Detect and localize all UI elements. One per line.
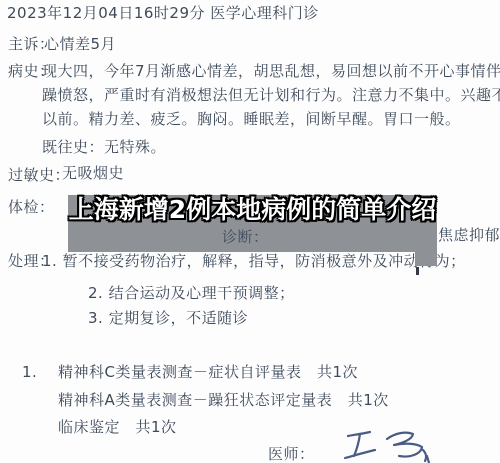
- allergy-value: 无吸烟史: [62, 164, 124, 182]
- chief-complaint-value: 心情差5月: [44, 35, 116, 53]
- record-header-datetime-clinic: 2023年12月04日16时29分 医学心理科门诊: [7, 4, 319, 22]
- past-history-line: 既往史：无特殊。: [42, 138, 166, 156]
- physician-signature: [340, 424, 440, 463]
- physician-signature-drawing: [340, 424, 440, 463]
- order-item-2: 精神科A类量表测查－躁狂状态评定量表 共1次: [58, 391, 389, 409]
- orders-index: 1.: [22, 363, 37, 381]
- order-item-1: 精神科C类量表测查－症状自评量表 共1次: [58, 363, 358, 381]
- order-item-3: 临床鉴定 共1次: [58, 418, 177, 436]
- allergy-label: 过敏史：: [8, 166, 70, 184]
- treatment-item-2: 2. 结合运动及心理干预调整；: [88, 284, 295, 302]
- physician-label: 医师：: [268, 445, 315, 463]
- treatment-item-1: 1. 暂不接受药物治疗，解释，指导，防消极意外及冲动行为；: [42, 252, 466, 270]
- overlay-banner-tick-mark: [416, 267, 419, 275]
- history-line-1: 现大四，今年7月渐感心情差，胡思乱想，易回想以前不开心事情伴烦: [42, 62, 500, 80]
- medical-record-page: 2023年12月04日16时29分 医学心理科门诊 主诉： 心情差5月 病史： …: [0, 0, 500, 463]
- overlay-banner-right-tab: [415, 251, 437, 266]
- exam-label: 体检：: [8, 198, 55, 216]
- history-line-3: 以前。精力差、疲乏。胸闷。睡眠差，间断早醒。胃口一般。: [42, 110, 461, 128]
- treatment-item-3: 3. 定期复诊，不适随诊: [88, 309, 248, 327]
- history-line-2: 躁愤怒，严重时有消极想法但无计划和行为。注意力不集中。兴趣不如: [42, 86, 500, 104]
- diagnosis-value: 焦虑抑郁状态: [438, 226, 500, 244]
- overlay-banner-title: 上海新增2例本地病例的简单介绍: [68, 196, 437, 252]
